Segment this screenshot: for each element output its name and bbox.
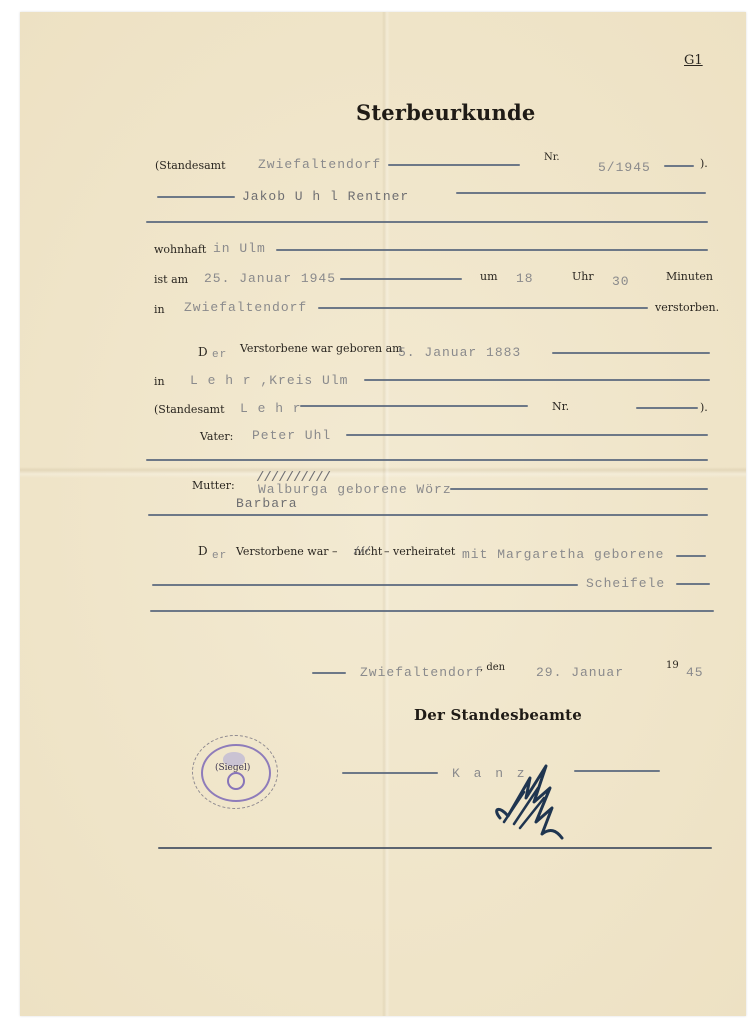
birth-date: 5. Januar 1883	[398, 345, 521, 360]
residence-label: wohnhaft	[154, 243, 206, 256]
birth-registry-office: L e h r	[240, 401, 302, 416]
rule	[342, 772, 438, 774]
time-minuten-label: Minuten	[666, 270, 713, 283]
father-label: Vater:	[200, 430, 233, 443]
bottom-rule	[158, 847, 712, 849]
birth-registry-nr-label: Nr.	[552, 400, 569, 413]
rule	[312, 672, 346, 674]
seal-emblem-icon	[227, 772, 245, 790]
death-date: 25. Januar 1945	[204, 271, 336, 286]
rule	[574, 770, 660, 772]
death-place-label: in	[154, 303, 165, 316]
closing-year-prefix: 19	[666, 660, 679, 671]
birth-registry-label: (Standesamt	[154, 403, 225, 416]
rule	[456, 192, 706, 194]
registry-label: (Standesamt	[155, 159, 226, 172]
registry-nr-label: Nr.	[544, 152, 560, 163]
closing-den-label: , den	[480, 662, 505, 673]
death-minutes: 30	[612, 274, 630, 289]
rule	[450, 488, 708, 490]
verstorben-label: verstorben.	[655, 301, 719, 314]
rule	[346, 434, 708, 436]
marriage-label-start: Verstorbene war –	[236, 545, 338, 558]
rule	[676, 555, 706, 557]
stamp-label: (Siegel)	[215, 763, 250, 773]
time-uhr-label: Uhr	[572, 270, 594, 283]
marriage-prefix-d: D	[198, 544, 208, 558]
closing-date: 29. Januar	[536, 665, 624, 680]
residence-value: in Ulm	[213, 241, 266, 256]
rule	[148, 514, 708, 516]
rule	[150, 610, 714, 612]
signature-icon	[490, 758, 570, 848]
death-date-label: ist am	[154, 273, 188, 286]
document-title: Sterbeurkunde	[356, 100, 535, 125]
marriage-nicht-strike: ///	[353, 546, 370, 558]
rule	[157, 196, 235, 198]
official-seal-stamp: (Siegel)	[192, 735, 278, 809]
birth-prefix-d: D	[198, 345, 208, 359]
father-value: Peter Uhl	[252, 428, 331, 443]
rule	[676, 583, 710, 585]
rule	[388, 164, 520, 166]
birth-registry-close: ).	[700, 401, 708, 414]
marriage-label-end: – verheiratet	[384, 545, 455, 558]
closing-place: Zwiefaltendorf	[360, 665, 483, 680]
rule	[636, 407, 698, 409]
rule	[276, 249, 708, 251]
form-code: G1	[684, 53, 703, 68]
deceased-name: Jakob U h l Rentner	[242, 189, 409, 204]
registry-office: Zwiefaltendorf	[258, 157, 381, 172]
spouse-value: mit Margaretha geborene	[462, 547, 664, 562]
rule	[146, 221, 708, 223]
birth-label: Verstorbene war geboren am	[240, 342, 403, 355]
birth-prefix-er: er	[212, 349, 227, 361]
mother-label: Mutter:	[192, 479, 235, 492]
birth-place-label: in	[154, 375, 165, 388]
rule	[340, 278, 462, 280]
death-place: Zwiefaltendorf	[184, 300, 307, 315]
marriage-prefix-er: er	[212, 550, 227, 562]
registry-close: ).	[700, 157, 708, 170]
rule	[152, 584, 578, 586]
registry-nr-value: 5/1945	[598, 160, 651, 175]
closing-year-suffix: 45	[686, 665, 704, 680]
death-hour: 18	[516, 271, 534, 286]
rule	[552, 352, 710, 354]
official-title: Der Standesbeamte	[414, 706, 582, 724]
rule	[664, 165, 694, 167]
spouse-line2: Scheifele	[586, 576, 665, 591]
mother-value: Walburga geborene Wörz	[258, 482, 452, 497]
rule	[146, 459, 708, 461]
time-um-label: um	[480, 270, 498, 283]
mother-line2: Barbara	[236, 496, 298, 511]
rule	[318, 307, 648, 309]
rule	[364, 379, 710, 381]
birth-place: L e h r ,Kreis Ulm	[190, 373, 348, 388]
rule	[300, 405, 528, 407]
